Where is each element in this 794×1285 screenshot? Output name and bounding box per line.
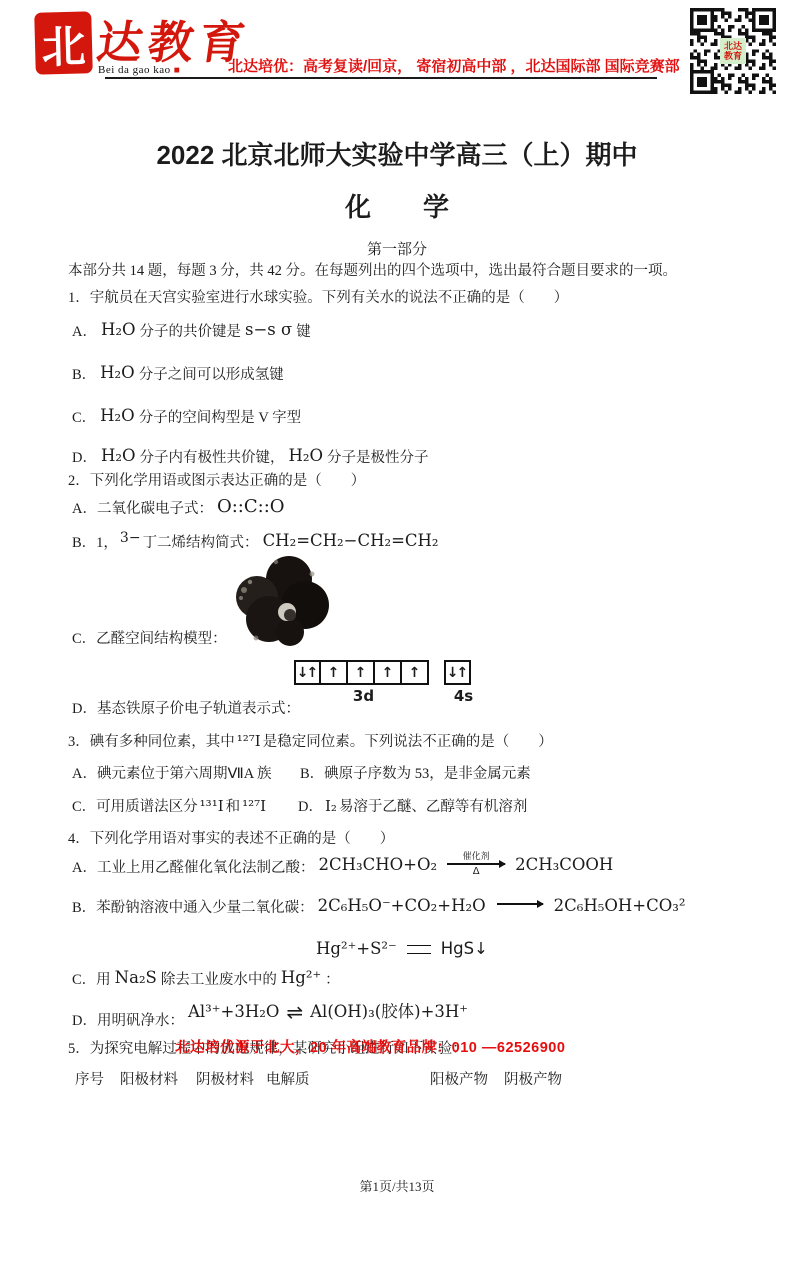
formula-hgs-equation-right: HgS↓ <box>441 938 488 960</box>
option-label: D．基态铁原子价电子轨道表示式： <box>72 700 300 720</box>
formula-h2o: H₂O <box>101 319 136 341</box>
question-1-stem: 1．宇航员在天宫实验室进行水球实验。下列有关水的说法不正确的是（ ） <box>68 289 568 309</box>
orbital-box: ↑ <box>321 660 348 685</box>
question-4-option-c: C．用 Na₂S 除去工业废水中的 Hg²⁺ ： <box>72 970 340 992</box>
question-3-option-a: A．碘元素位于第六周期ⅦA 族 <box>72 765 272 785</box>
watermark-text: 北达培优源于北大，20 年高端教育品牌：010 —62526900 <box>175 1036 565 1057</box>
table-header-cell: 序号 <box>75 1068 104 1089</box>
question-2-stem: 2．下列化学用语或图示表达正确的是（ ） <box>68 472 365 492</box>
question-4-stem-text: 4．下列化学用语对事实的表述不正确的是（ ） <box>68 830 394 850</box>
question-3-stem-text: 3．碘有多种同位素，其中 <box>68 733 235 753</box>
orbital-box: ↑ <box>375 660 402 685</box>
orbital-box: ↓↑ <box>294 660 321 685</box>
formula-iodine-127: ¹²⁷I <box>237 731 261 751</box>
question-3-option-b: B．碘原子序数为 53，是非金属元素 <box>300 765 531 785</box>
option-label: B．1， <box>72 534 118 554</box>
table-header-cell: 电解质 <box>266 1068 310 1089</box>
table-header-cell: 阳极产物 <box>430 1068 488 1089</box>
option-text: ： <box>325 971 340 991</box>
orbital-3d-boxes: ↓↑ ↑ ↑ ↑ ↑ <box>294 660 429 685</box>
formula-co2-lewis: O::C::O <box>217 495 285 519</box>
logo-pinyin-text: Bei da gao kao <box>98 64 171 76</box>
option-text: 分子之间可以形成氢键 <box>139 366 284 386</box>
qr-center-label: 北达 教育 <box>720 38 746 64</box>
header-divider-rule <box>105 77 657 79</box>
orbital-3d-label: 3d <box>294 687 433 705</box>
option-label: C．乙醛空间结构模型： <box>72 630 227 650</box>
formula-na2s: Na₂S <box>115 967 157 989</box>
formula-h2o: H₂O <box>289 445 324 467</box>
question-1-option-c: C． H₂O 分子的空间构型是 V 字型 <box>72 408 301 430</box>
option-text: 除去工业废水中的 <box>161 971 277 991</box>
formula-butadiene: CH₂=CH₂−CH₂=CH₂ <box>263 530 439 552</box>
double-equals-icon <box>407 945 431 954</box>
option-text: A．碘元素位于第六周期ⅦA 族 <box>72 765 272 785</box>
formula-h2o: H₂O <box>100 405 135 427</box>
option-label: D． <box>298 798 323 818</box>
right-arrow-icon <box>447 863 505 865</box>
formula-h2o: H₂O <box>101 445 136 467</box>
question-2-option-a: A．二氧化碳电子式： O::C::O <box>72 498 289 522</box>
orbital-box: ↑ <box>348 660 375 685</box>
question-3-stem: 3．碘有多种同位素，其中 ¹²⁷I 是稳定同位素。下列说法不正确的是（ ） <box>68 733 553 753</box>
formula-iodine-131: ¹³¹I <box>200 796 224 816</box>
logo-seal-character: 北 <box>41 10 87 75</box>
option-text: 分子的共价键是 <box>140 323 242 343</box>
subject-heading: 化 学 <box>0 190 794 225</box>
option-label: B． <box>72 366 96 386</box>
orbital-box: ↑ <box>402 660 429 685</box>
section-heading-text: 第一部分 <box>367 240 427 260</box>
formula-iodine-127: ¹²⁷I <box>242 796 266 816</box>
question-4-option-b: B．苯酚钠溶液中通入少量二氧化碳： 2C₆H₅O⁻+CO₂+H₂O 2C₆H₅O… <box>72 898 689 920</box>
orbital-4s-label: 4s <box>448 687 479 705</box>
question-1-option-b: B． H₂O 分子之间可以形成氢键 <box>72 365 284 387</box>
header-tagline: 北达培优：高考复读/回京， 寄宿初高中部 ，北达国际部 国际竞赛部 <box>228 55 668 76</box>
question-4-option-c-equation: Hg²⁺+S²⁻ HgS↓ <box>312 938 492 960</box>
question-4-option-a: A．工业上用乙醛催化氧化法制乙酸： 2CH₃CHO+O₂ 催化剂 Δ 2CH₃C… <box>72 856 617 881</box>
subject-heading-text: 化 学 <box>345 190 449 225</box>
formula-hgs-equation-left: Hg²⁺+S²⁻ <box>316 938 397 960</box>
qr-center-label-bottom: 教育 <box>724 51 742 61</box>
arrow-condition-below: Δ <box>473 867 480 877</box>
option-label: B．苯酚钠溶液中通入少量二氧化碳： <box>72 899 314 919</box>
formula-alum-equation-right: Al(OH)₃(胶体)+3H⁺ <box>310 1001 468 1023</box>
question-2-option-d: D．基态铁原子价电子轨道表示式： <box>72 700 300 720</box>
orbital-boxes-row: ↓↑ ↑ ↑ ↑ ↑ ↓↑ <box>294 660 479 685</box>
catalyst-reaction-arrow: 催化剂 Δ <box>447 852 505 877</box>
option-text: B．碘原子序数为 53，是非金属元素 <box>300 765 531 785</box>
page-number: 第1页/共13页 <box>0 1176 794 1195</box>
question-1-option-a: A． H₂O 分子的共价键是 s−s σ 键 <box>72 322 311 344</box>
orbital-4s-box: ↓↑ <box>444 660 471 685</box>
section-heading: 第一部分 <box>0 240 794 260</box>
question-3-option-d: D． I₂ 易溶于乙醚、乙醇等有机溶剂 <box>298 798 527 818</box>
formula-phenol-equation-right: 2C₆H₅OH+CO₃² <box>554 895 686 917</box>
option-text: 丁二烯结构简式： <box>143 534 259 554</box>
formula-alum-equation-left: Al³⁺+3H₂O <box>188 1001 279 1023</box>
question-2-stem-text: 2．下列化学用语或图示表达正确的是（ ） <box>68 472 365 492</box>
option-text: 和 <box>226 798 241 818</box>
option-text: 易溶于乙醚、乙醇等有机溶剂 <box>339 798 528 818</box>
right-arrow-icon <box>497 903 543 905</box>
table-header-cell: 阴极产物 <box>504 1068 562 1089</box>
logo-pinyin-subtext: Bei da gao kao■ <box>98 64 180 76</box>
orbital-diagram: ↓↑ ↑ ↑ ↑ ↑ ↓↑ 3d 4s <box>294 660 479 705</box>
option-label: D．用明矾净水： <box>72 1012 184 1032</box>
option-text: 分子是极性分子 <box>327 449 429 469</box>
section-intro: 本部分共 14 题，每题 3 分，共 42 分。在每题列出的四个选项中，选出最符… <box>68 262 677 282</box>
formula-i2: I₂ <box>325 796 337 816</box>
question-3-option-c: C．可用质谱法区分 ¹³¹I 和 ¹²⁷I <box>72 798 268 818</box>
question-4-option-d: D．用明矾净水： Al³⁺+3H₂O ⇌ Al(OH)₃(胶体)+3H⁺ <box>72 1008 472 1035</box>
table-header-cell: 阳极材料 <box>120 1068 178 1089</box>
qr-center-label-top: 北达 <box>724 41 742 51</box>
option-label: A． <box>72 323 97 343</box>
option-text: 分子内有极性共价键， <box>140 449 285 469</box>
arrow-condition-above: 催化剂 <box>463 852 490 861</box>
option-label: A．二氧化碳电子式： <box>72 500 213 520</box>
question-2-option-c: C．乙醛空间结构模型： <box>72 630 227 650</box>
question-1-stem-text: 1．宇航员在天宫实验室进行水球实验。下列有关水的说法不正确的是（ ） <box>68 289 568 309</box>
formula-sigma-bond: s−s σ <box>245 319 292 341</box>
option-label: C．用 <box>72 971 111 991</box>
question-4-stem: 4．下列化学用语对事实的表述不正确的是（ ） <box>68 830 394 850</box>
orbital-labels: 3d 4s <box>294 687 479 705</box>
molecule-model-image <box>226 552 332 657</box>
option-label: D． <box>72 449 97 469</box>
question-1-option-d: D． H₂O 分子内有极性共价键， H₂O 分子是极性分子 <box>72 448 429 470</box>
option-label: A．工业上用乙醛催化氧化法制乙酸： <box>72 859 314 879</box>
formula-hg2plus: Hg²⁺ <box>281 967 321 989</box>
logo-seal: 北 <box>34 11 93 74</box>
table-header-cell: 阴极材料 <box>196 1068 254 1089</box>
section-intro-text: 本部分共 14 题，每题 3 分，共 42 分。在每题列出的四个选项中，选出最符… <box>68 262 677 282</box>
question-3-stem-text: 是稳定同位素。下列说法不正确的是（ ） <box>263 733 553 753</box>
equilibrium-arrow-icon: ⇌ <box>286 999 303 1026</box>
qr-code: 北达 教育 <box>690 8 776 94</box>
exam-page: 北 达教育 Bei da gao kao■ 北达培优：高考复读/回京， 寄宿初高… <box>0 0 794 1285</box>
option-text: C．可用质谱法区分 <box>72 798 198 818</box>
formula-h2o: H₂O <box>100 362 135 384</box>
formula-acetic-acid-equation-right: 2CH₃COOH <box>515 854 613 876</box>
logo-red-square-mark: ■ <box>174 65 181 76</box>
page-title-text: 2022 北京北师大实验中学高三（上）期中 <box>156 138 637 173</box>
formula-acetaldehyde-equation-left: 2CH₃CHO+O₂ <box>318 854 437 876</box>
page-title: 2022 北京北师大实验中学高三（上）期中 <box>0 138 794 173</box>
formula-phenolate-equation-left: 2C₆H₅O⁻+CO₂+H₂O <box>318 895 486 917</box>
formula-3-minus: 3− <box>120 529 141 548</box>
option-label: C． <box>72 409 96 429</box>
option-text: 键 <box>296 323 311 343</box>
option-text: 分子的空间构型是 V 字型 <box>139 409 301 429</box>
